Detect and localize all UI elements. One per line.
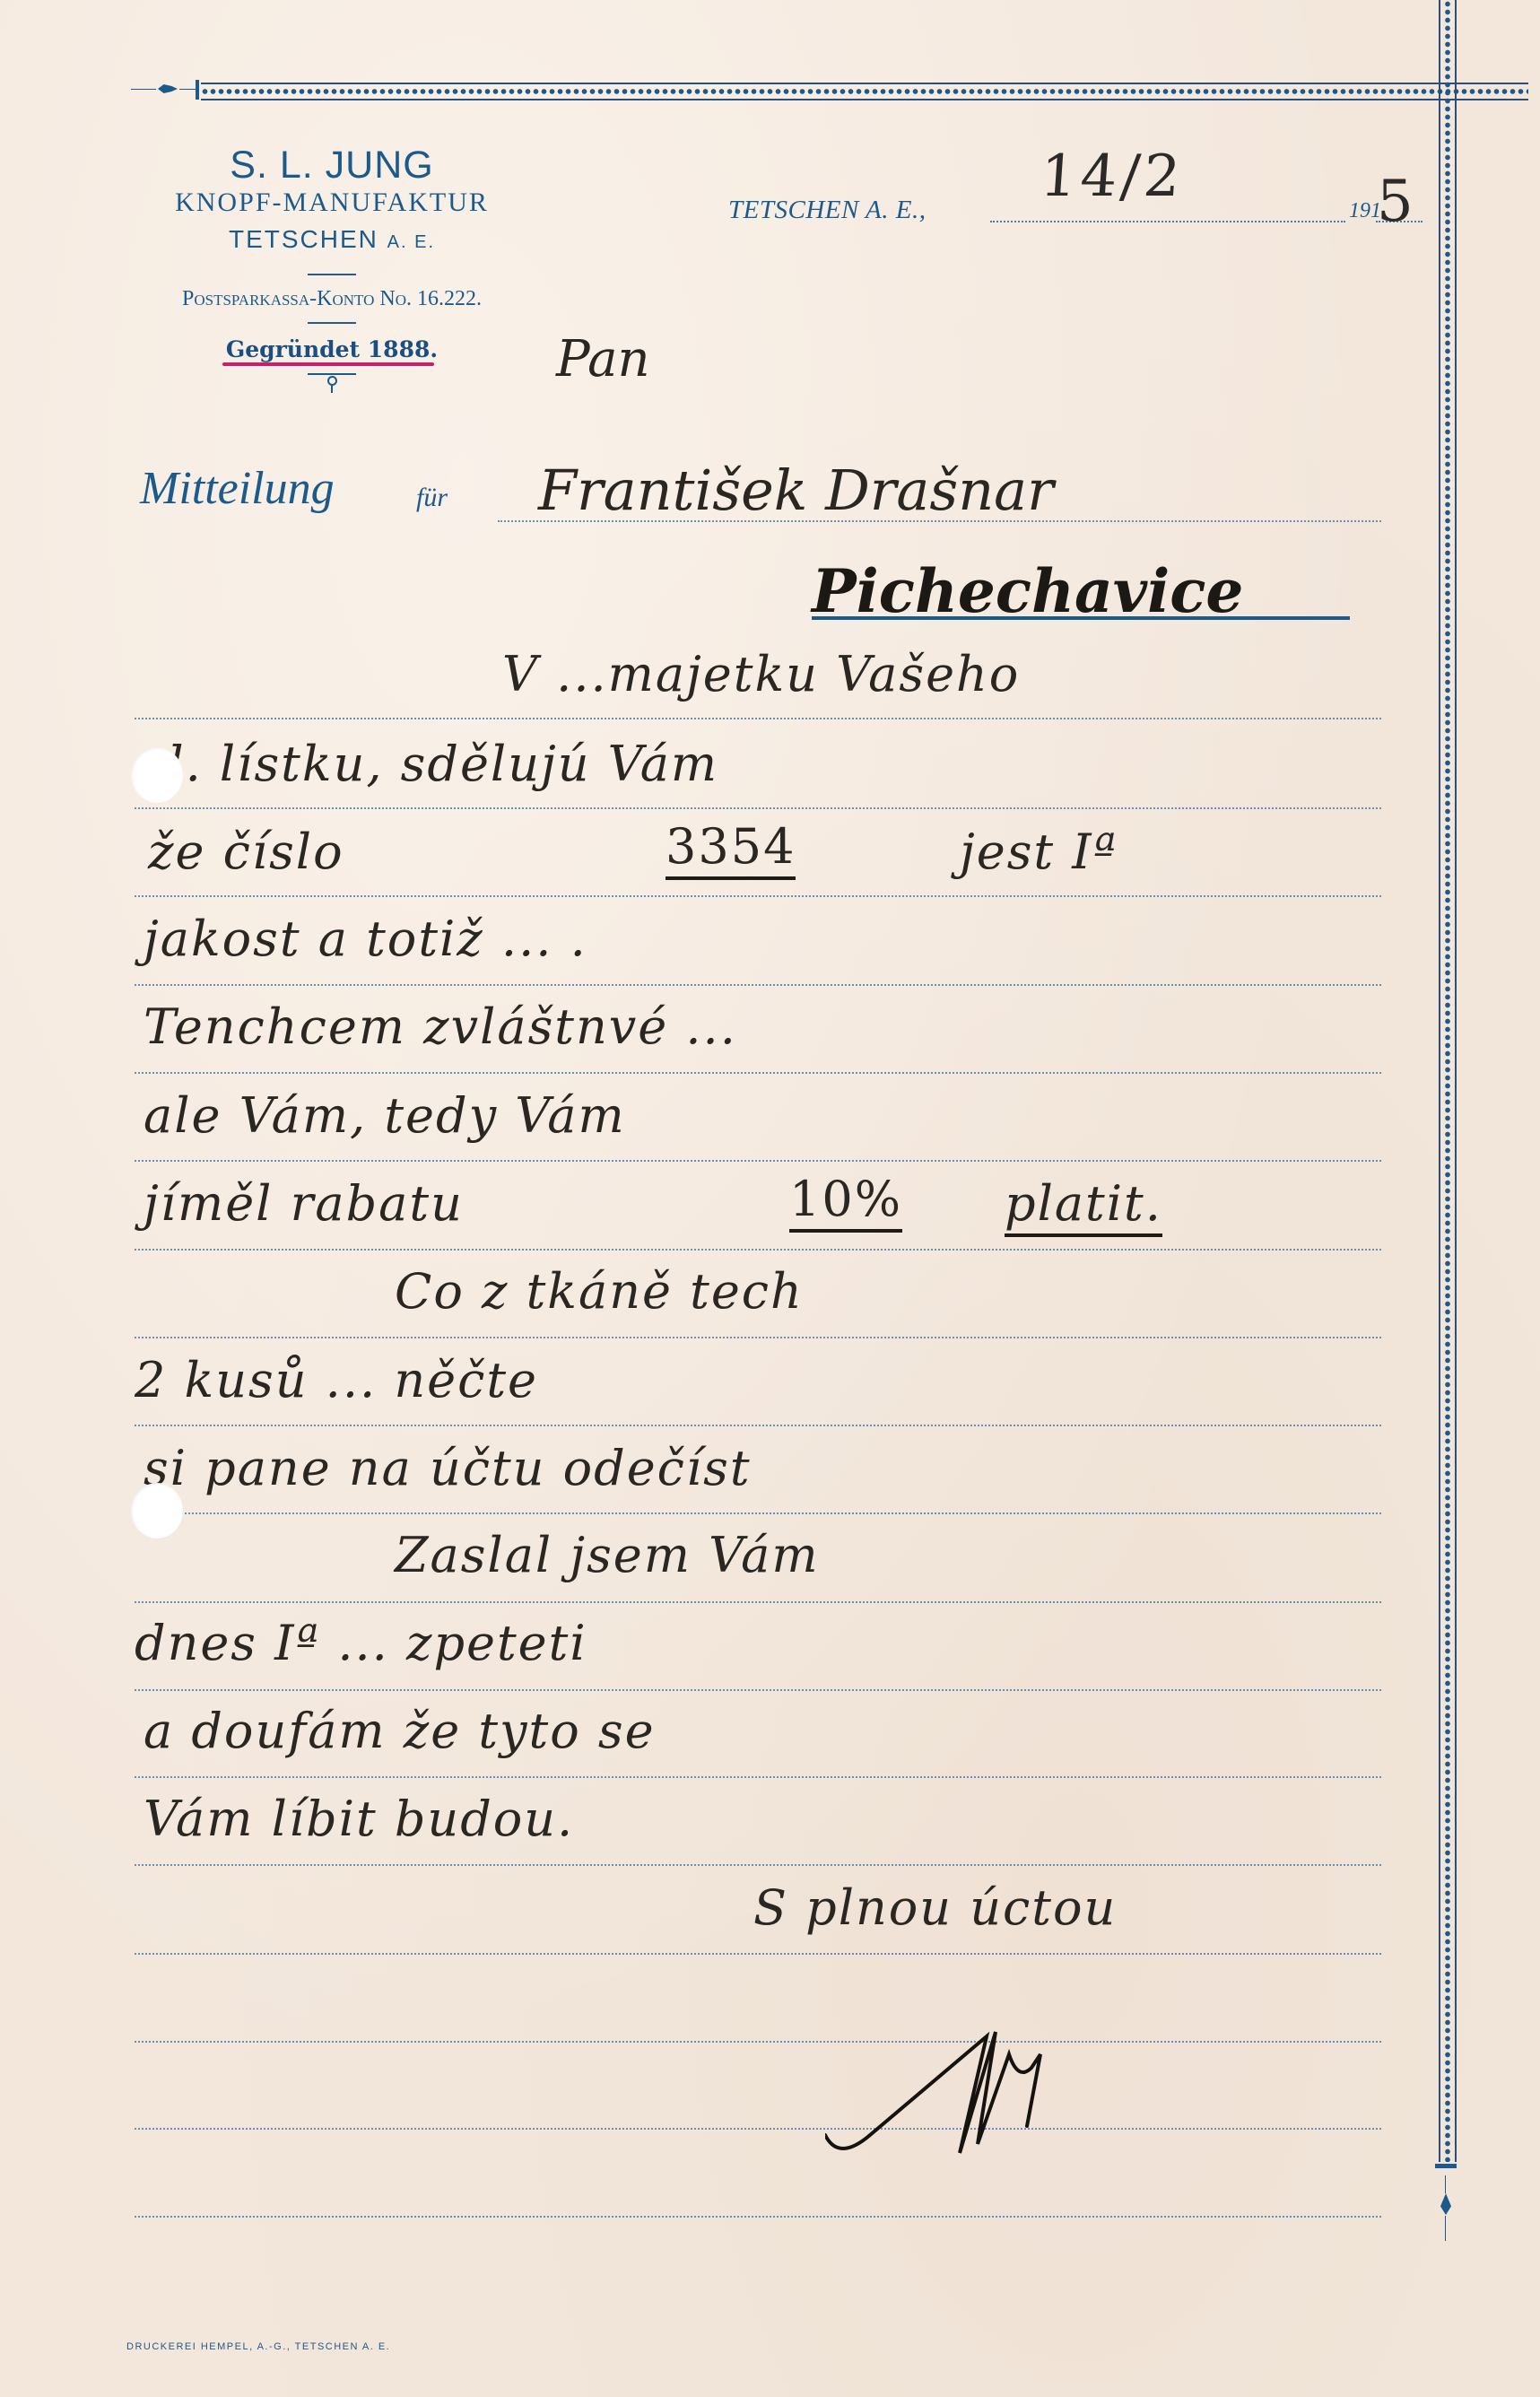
- date-dotted-field: [990, 221, 1345, 222]
- border-lead-line: [179, 89, 197, 90]
- ruled-line: [135, 1337, 1381, 1338]
- body-line: ale Vám, tedy Vám: [144, 1087, 626, 1144]
- body-line: a doufám že tyto se: [144, 1703, 656, 1759]
- founded-punct: .: [430, 336, 438, 362]
- body-line: 2 kusů ... něčte: [135, 1352, 538, 1408]
- punch-hole: [131, 747, 183, 803]
- punch-hole: [131, 1483, 183, 1538]
- founded-underline: [222, 362, 434, 366]
- ruled-line: [135, 1601, 1381, 1603]
- company-subtitle: KNOPF-MANUFAKTUR: [126, 187, 538, 219]
- addressee-name: František Drašnar: [538, 458, 1054, 523]
- border-lead-line: [1445, 2216, 1446, 2241]
- body-line: dnes Iª ... zpeteti: [135, 1615, 587, 1671]
- body-line: jest Iª: [960, 824, 1118, 880]
- letterhead: S. L. JUNG KNOPF-MANUFAKTUR TETSCHEN A. …: [126, 144, 538, 395]
- ring-ornament-icon: [308, 373, 356, 395]
- ruled-line: [135, 1953, 1381, 1955]
- mitteilung-label: Mitteilung: [140, 462, 335, 515]
- item-number: 3354: [666, 818, 796, 875]
- closing: S plnou úctou: [753, 1879, 1117, 1936]
- divider: [308, 322, 356, 324]
- body-line: že číslo: [148, 824, 344, 880]
- ruled-line: [135, 1072, 1381, 1074]
- ruled-line: [135, 1689, 1381, 1691]
- ruled-line: [135, 1160, 1381, 1162]
- border-lead-line: [1445, 2175, 1446, 2193]
- company-name: S. L. JUNG: [126, 144, 538, 187]
- town-underline: [812, 616, 1350, 620]
- discount-percent: 10%: [789, 1171, 902, 1227]
- ruled-line: [135, 1425, 1381, 1426]
- body-line: jíměl rabatu: [144, 1175, 464, 1232]
- body-line: Vám líbit budou.: [144, 1791, 574, 1847]
- ruled-line: [135, 807, 1381, 809]
- ruled-line: [135, 1864, 1381, 1866]
- city-suffix: A. E.: [387, 232, 435, 252]
- founded-block: Gegründet 1888.: [226, 336, 438, 362]
- printer-imprint: DRUCKEREI HEMPEL, A.-G., TETSCHEN A. E.: [126, 2341, 390, 2352]
- ruled-line: [135, 895, 1381, 897]
- ruled-line: [135, 1249, 1381, 1251]
- place-label: TETSCHEN A. E.,: [728, 196, 926, 225]
- city-name: TETSCHEN: [229, 225, 378, 253]
- divider: [308, 274, 356, 275]
- postal-account: Postsparkassa-Konto No. 16.222.: [126, 286, 538, 311]
- body-line: d. lístku, sdělujú Vám: [152, 736, 718, 792]
- signature-icon: [825, 2018, 1238, 2162]
- body-line: platit.: [1005, 1175, 1162, 1232]
- body-line: jakost a totiž ... .: [144, 911, 587, 967]
- company-city: TETSCHEN A. E.: [126, 219, 538, 263]
- fur-label: für: [416, 483, 448, 513]
- ruled-line: [135, 984, 1381, 986]
- right-dotted-border: [1439, 0, 1457, 2162]
- body-line: Co z tkáně tech: [395, 1263, 804, 1320]
- border-end-bar: [196, 80, 199, 100]
- ruled-line: [135, 1512, 1381, 1514]
- border-lead-line: [131, 89, 156, 90]
- ruled-line: [135, 1776, 1381, 1778]
- top-dotted-border: [201, 83, 1528, 100]
- handwritten-year-digit: 5: [1377, 169, 1414, 235]
- founded-text: Gegründet 1888: [226, 336, 430, 362]
- ruled-line: [135, 718, 1381, 719]
- body-line: V ...majetku Vašeho: [502, 646, 1020, 702]
- border-end-bar: [1435, 2164, 1457, 2168]
- body-line: Tenchcem zvláštnvé ...: [144, 998, 737, 1055]
- ruled-line: [135, 2216, 1381, 2218]
- handwritten-date: 14/2: [1038, 144, 1186, 210]
- body-line: si pane na účtu odečíst: [144, 1440, 752, 1496]
- body-line: Zaslal jsem Vám: [395, 1527, 820, 1583]
- salutation: Pan: [556, 330, 650, 388]
